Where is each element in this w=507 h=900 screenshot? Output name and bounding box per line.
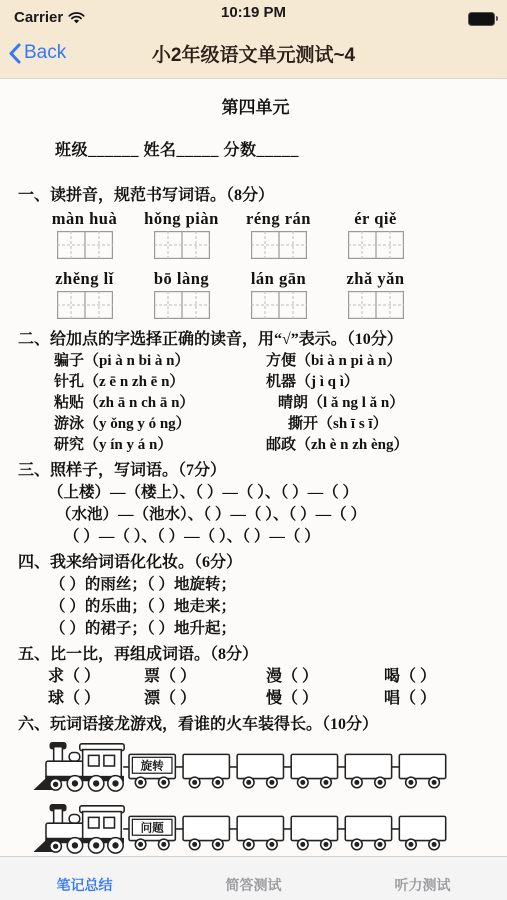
pinyin-row-1: màn huà hǒng piàn réng rán ér qiě [36,207,424,230]
compare-item: 喝（ ） [384,666,499,688]
train-illustration-2: 问题 [26,800,456,856]
word-choice: 骗子（pi à n bi à n） [54,351,266,372]
pinyin-word: réng rán [230,207,327,230]
pinyin-word: zhěng lǐ [36,267,133,290]
section-1-heading: 一、读拼音，规范书写词语。（8分） [18,185,499,207]
writing-grid [57,291,113,319]
word-choice: 方便（bi à n pi à n） [266,351,499,372]
writing-grid [251,231,307,259]
tab-listening-test[interactable]: 听力测试 [338,863,507,895]
word-choice: 粘贴（zh ā n ch ā n） [54,393,266,414]
battery-icon [468,12,495,26]
pinyin-word: zhǎ yǎn [327,267,424,290]
compare-item: 唱（ ） [384,688,499,710]
compare-row-2: 球（ ） 漂（ ） 慢（ ） 唱（ ） [48,688,499,710]
unit-title: 第四单元 [12,97,499,118]
student-info-line: 班级______ 姓名_____ 分数_____ [55,140,499,161]
train-illustration-1: 旋转 [26,738,456,794]
word-choice: 机器（j ì q ì） [266,372,499,393]
section-2-rows: 骗子（pi à n bi à n） 方便（bi à n pi à n） 针孔（z… [54,351,499,456]
pinyin-row-2: zhěng lǐ bō làng lán gān zhǎ yǎn [36,267,424,290]
wifi-icon [68,12,85,24]
word-choice: 研究（y ín y á n） [54,435,266,456]
tab-short-answer-test[interactable]: 简答测试 [169,863,338,895]
back-label: Back [24,42,66,64]
compare-item: 漂（ ） [144,688,266,710]
compare-row-1: 求（ ） 票（ ） 漫（ ） 喝（ ） [48,666,499,688]
compare-item: 球（ ） [48,688,144,710]
section-2-heading: 二、给加点的字选择正确的读音，用“√”表示。（10分） [18,329,499,351]
writing-grid [154,231,210,259]
writing-grid [251,291,307,319]
writing-grid [57,231,113,259]
compare-item: 求（ ） [48,666,144,688]
word-choice: 撕开（sh ī s ī） [266,414,499,435]
word-choice: 晴朗（l ǎ ng l ǎ n） [266,393,499,414]
pattern-row: （水池）—（池水）、（ ）—（ ）、（ ）—（ ） [56,504,499,526]
section-5-heading: 五、比一比，再组成词语。（8分） [18,644,499,666]
navigation-bar: Back 小2年级语文单元测试~4 [0,28,507,79]
pinyin-word: lán gān [230,267,327,290]
fill-blank-row: （ ）的雨丝；（ ）地旋转； [50,574,499,596]
section-6-heading: 六、玩词语接龙游戏，看谁的火车装得长。（10分） [18,714,499,736]
section-3-heading: 三、照样子，写词语。（7分） [18,460,499,482]
fill-blank-row: （ ）的裙子；（ ）地升起； [50,618,499,640]
word-choice: 针孔（z ē n zh ē n） [54,372,266,393]
test-paper-scroll-view[interactable]: 第四单元 班级______ 姓名_____ 分数_____ 一、读拼音，规范书写… [0,79,507,856]
pinyin-word: hǒng piàn [133,207,230,230]
writing-grid [348,291,404,319]
train-car-label: 问题 [141,820,165,834]
back-button[interactable]: Back [8,42,66,64]
chevron-left-icon [8,43,21,64]
pinyin-word: màn huà [36,207,133,230]
word-choice: 邮政（zh è n zh èng） [266,435,499,456]
carrier-label: Carrier [14,9,63,26]
writing-grid [154,291,210,319]
pattern-row: （ ）—（ ）、（ ）—（ ）、（ ）—（ ） [64,526,499,548]
writing-grid [348,231,404,259]
status-bar: Carrier 10:19 PM [0,0,507,28]
clock: 10:19 PM [221,4,286,21]
compare-item: 票（ ） [144,666,266,688]
writing-grid-row-2 [36,291,424,325]
compare-item: 漫（ ） [266,666,384,688]
section-4-heading: 四、我来给词语化化妆。（6分） [18,552,499,574]
tab-notes-summary[interactable]: 笔记总结 [0,863,169,895]
word-choice: 游泳（y ǒng y ó ng） [54,414,266,435]
pinyin-word: ér qiě [327,207,424,230]
train-car-label: 旋转 [141,758,165,772]
fill-blank-row: （ ）的乐曲；（ ）地走来； [50,596,499,618]
compare-item: 慢（ ） [266,688,384,710]
bottom-tab-bar: 笔记总结 简答测试 听力测试 [0,856,507,900]
page-title: 小2年级语文单元测试~4 [152,40,355,67]
pinyin-word: bō làng [133,267,230,290]
pattern-row: （上楼）—（楼上）、（ ）—（ ）、（ ）—（ ） [48,482,499,504]
app-screen: Carrier 10:19 PM Back 小2年级语文单元测试~4 第四单元 … [0,0,507,900]
writing-grid-row-1 [36,231,424,265]
